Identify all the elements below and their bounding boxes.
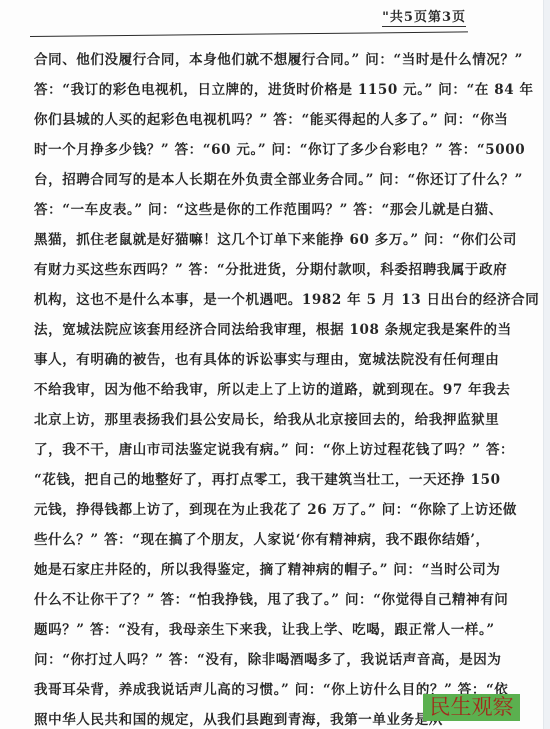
text-line: 照中华人民共和国的规定，从我们县跑到青海，我第一单业务是从 <box>34 705 474 729</box>
page-edge-strip <box>543 0 550 729</box>
page-number-indicator: "共5页第3页 <box>382 6 466 27</box>
text-line: 黑猫，抓住老鼠就是好猫嘛！这几个订单下来能挣 60 多万。” 问：“你们公司 <box>34 225 474 255</box>
text-line: 答：“我订的彩色电视机，日立牌的，进货时价格是 1150 元。” 问：“在 84… <box>34 75 474 105</box>
text-line: 法，宽城法院应该套用经济合同法给我审理，根据 108 条规定我是案件的当 <box>34 315 474 345</box>
text-line: 我哥耳朵背，养成我说话声儿高的习惯。” 问：“你上访什么目的？” 答：“依 <box>34 675 474 705</box>
text-line: 机构，这也不是什么本事，是一个机遇吧。1982 年 5 月 13 日出台的经济合… <box>34 285 474 315</box>
text-line: 些什么？” 答：“现在搞了个朋友，人家说‘你有精神病，我不跟你结婚’， <box>34 525 474 555</box>
text-line: 时一个月挣多少钱？” 答：“60 元。” 问：“你订了多少台彩电？” 答：“50… <box>34 135 474 165</box>
text-line: 元钱，挣得钱都上访了，到现在为止我花了 26 万了。” 问：“你除了上访还做 <box>34 495 474 525</box>
text-line: 答：“一车皮表。” 问：“这些是你的工作范围吗？” 答：“那会儿就是白猫、 <box>34 195 474 225</box>
text-line: 事人，有明确的被告，也有具体的诉讼事实与理由，宽城法院没有任何理由 <box>34 345 474 375</box>
text-line: 什么不让你干了？” 答：“怕我挣钱，甩了我了。” 问：“你觉得自己精神有问 <box>34 585 474 615</box>
text-line: 你们县城的人买的起彩色电视机吗？” 答：“能买得起的人多了。” 问：“你当 <box>34 105 474 135</box>
document-page: "共5页第3页 合同、他们没履行合同，本身他们就不想履行合同。” 问：“当时是什… <box>0 0 544 729</box>
text-line: 合同、他们没履行合同，本身他们就不想履行合同。” 问：“当时是什么情况？” <box>34 45 474 75</box>
text-line: “花钱，把自己的地整好了，再打点零工，我干建筑当壮工，一天还挣 150 <box>34 465 474 495</box>
text-line: 台，招聘合同写的是本人长期在外负责全部业务合同。” 问：“你还订了什么？” <box>34 165 474 195</box>
text-line: 了，我不干，唐山市司法鉴定说我有病。” 问：“你上访过程花钱了吗？” 答： <box>34 435 474 465</box>
transcript-body: 合同、他们没履行合同，本身他们就不想履行合同。” 问：“当时是什么情况？” 答：… <box>34 45 474 729</box>
text-line: 不给我审，因为他不给我审，所以走上了上访的道路，就到现在。97 年我去 <box>34 375 474 405</box>
text-line: 问：“你打过人吗？” 答：“没有，除非喝酒喝多了，我说话声音高，是因为 <box>34 645 474 675</box>
text-line: 题吗？” 答：“没有，我母亲生下来我，让我上学、吃喝，跟正常人一样。” <box>34 615 474 645</box>
text-line: 有财力买这些东西吗？” 答：“分批进货，分期付款呗，科委招聘我属于政府 <box>34 255 474 285</box>
watermark-logo: 民生观察 <box>423 694 520 721</box>
text-line: 她是石家庄井陉的，所以我得鉴定，摘了精神病的帽子。” 问：“当时公司为 <box>34 555 474 585</box>
header-divider <box>30 31 468 37</box>
text-line: 北京上访，那里表扬我们县公安局长，给我从北京接回去的，给我押监狱里 <box>34 405 474 435</box>
